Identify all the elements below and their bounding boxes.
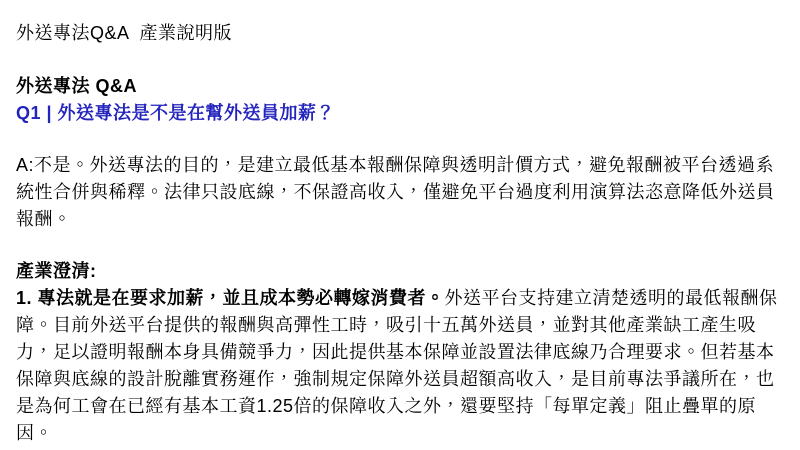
clarification-heading: 產業澄清: [16, 258, 784, 285]
point-1-lead-bold: 1. 專法就是在要求加薪，並且成本勢必轉嫁消費者。 [16, 288, 445, 308]
question-q1: Q1 | 外送專法是不是在幫外送員加薪？ [16, 100, 784, 127]
clarification-point-1: 1. 專法就是在要求加薪，並且成本勢必轉嫁消費者。外送平台支持建立清楚透明的最低… [16, 285, 784, 447]
point-1-body: 外送平台支持建立清楚透明的最低報酬保障。目前外送平台提供的報酬與高彈性工時，吸引… [16, 288, 778, 443]
document-page: 外送專法Q&A 產業說明版 外送專法 Q&A Q1 | 外送專法是不是在幫外送員… [0, 0, 800, 450]
section-heading: 外送專法 Q&A [16, 73, 784, 100]
document-title: 外送專法Q&A 產業說明版 [16, 20, 784, 47]
answer-paragraph: A:不是。外送專法的目的，是建立最低基本報酬保障與透明計價方式，避免報酬被平台透… [16, 152, 784, 233]
